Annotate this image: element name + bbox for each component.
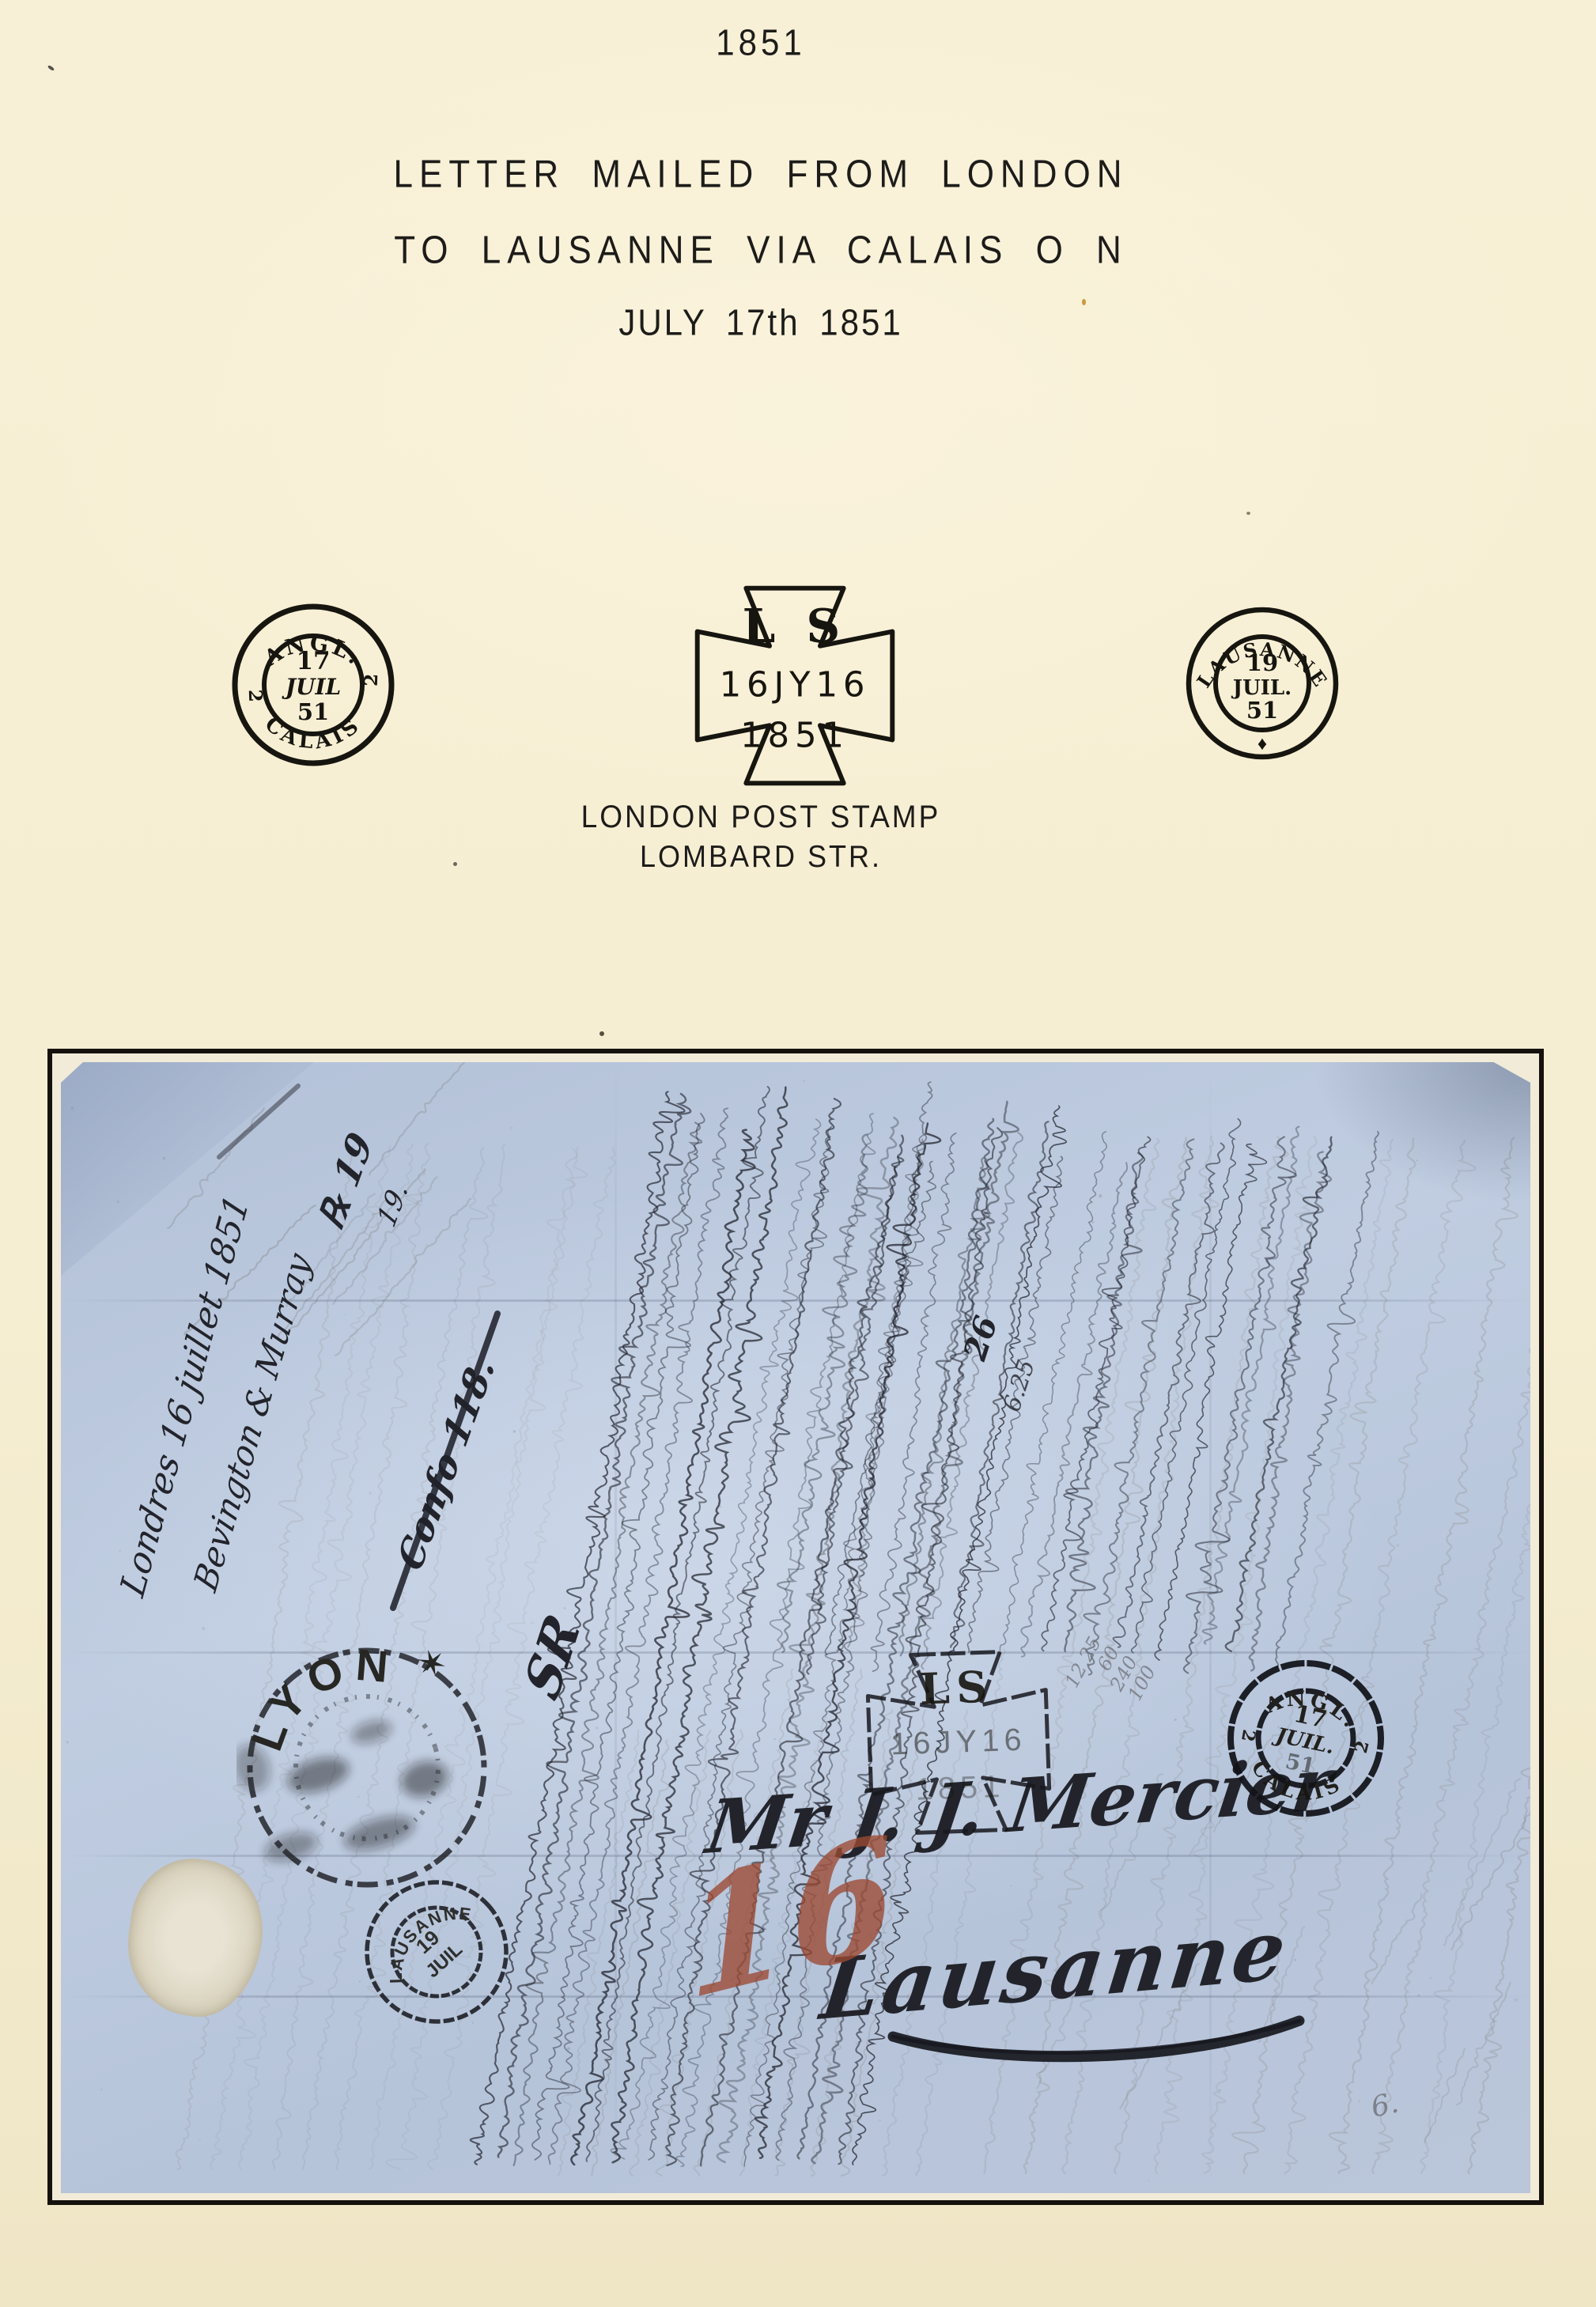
stamp-year: 51 [297,698,329,725]
page-speck [1082,299,1086,305]
paper-shadow-top-right [1230,1062,1530,1260]
letter-paper: Londres 16 juillet 1851 Bevington & Murr… [61,1062,1530,2193]
cross-caption-line-2: LOMBARD STR. [37,838,1484,874]
cross-initials: LS [919,1661,995,1714]
cross-caption-line-1: LONDON POST STAMP [37,799,1484,834]
lyon-arc-text: LYON [236,1637,420,1768]
stamp-year: 51 [1283,1749,1317,1779]
fold-crease-vertical [615,1062,617,2193]
cross-code: 16JY16 [890,1723,1027,1762]
page-speck [453,862,457,866]
stamp-index-left: 2 [244,689,267,702]
stamp-index-right: 2 [1351,1738,1374,1755]
lyon-postmark-smudged: LYON ✶ [236,1637,497,1898]
year-heading: 1851 [37,22,1484,64]
page-speck [47,65,55,71]
calais-postmark-on-letter: ANGL. CALAIS 17 JUIL. 51 2 2 [1217,1650,1394,1827]
page-speck [1246,512,1250,515]
ls-cross-postmark-on-letter: LS 16JY16 1851 [860,1643,1057,1841]
stamp-month: JUIL [282,674,341,700]
page-title-line-3: JULY 17th 1851 [37,302,1484,344]
stamp-index-right: 2 [361,673,383,686]
page-title-line-2: TO LAUSANNE VIA CALAIS O N [37,229,1484,273]
fold-crease-vertical [1209,1062,1212,2193]
calais-transit-stamp-drawing: ANGL. CALAIS 17 JUIL 51 2 2 [221,592,405,778]
page-title-line-1: LETTER MAILED FROM LONDON [37,153,1484,197]
lyon-star: ✶ [411,1639,452,1688]
svg-text:LYON: LYON [236,1637,420,1768]
lausanne-postmark-on-letter: LAUSANNE 19 JUIL [356,1871,517,2033]
cross-code: 16JY16 [720,666,871,705]
stamp-ornament-diamond: ♦ [1258,733,1267,755]
cross-year: 1851 [740,717,849,756]
cross-year: 1851 [915,1769,1006,1807]
letter-photograph: Londres 16 juillet 1851 Bevington & Murr… [47,1049,1544,2205]
cross-initials: L S [743,598,848,653]
london-ls-cross-stamp-drawing: L S 16JY16 1851 [686,577,903,794]
stamp-index-left: 2 [1237,1728,1259,1744]
stamp-day: 17 [296,647,330,675]
stamp-day: 19 [1246,649,1278,676]
album-page: 1851 LETTER MAILED FROM LONDON TO LAUSAN… [0,0,1596,2307]
page-speck [599,1031,604,1036]
stamp-year: 51 [1246,697,1278,724]
lausanne-arrival-stamp-drawing: LAUSANNE 19 JUIL. 51 ♦ [1174,595,1351,772]
